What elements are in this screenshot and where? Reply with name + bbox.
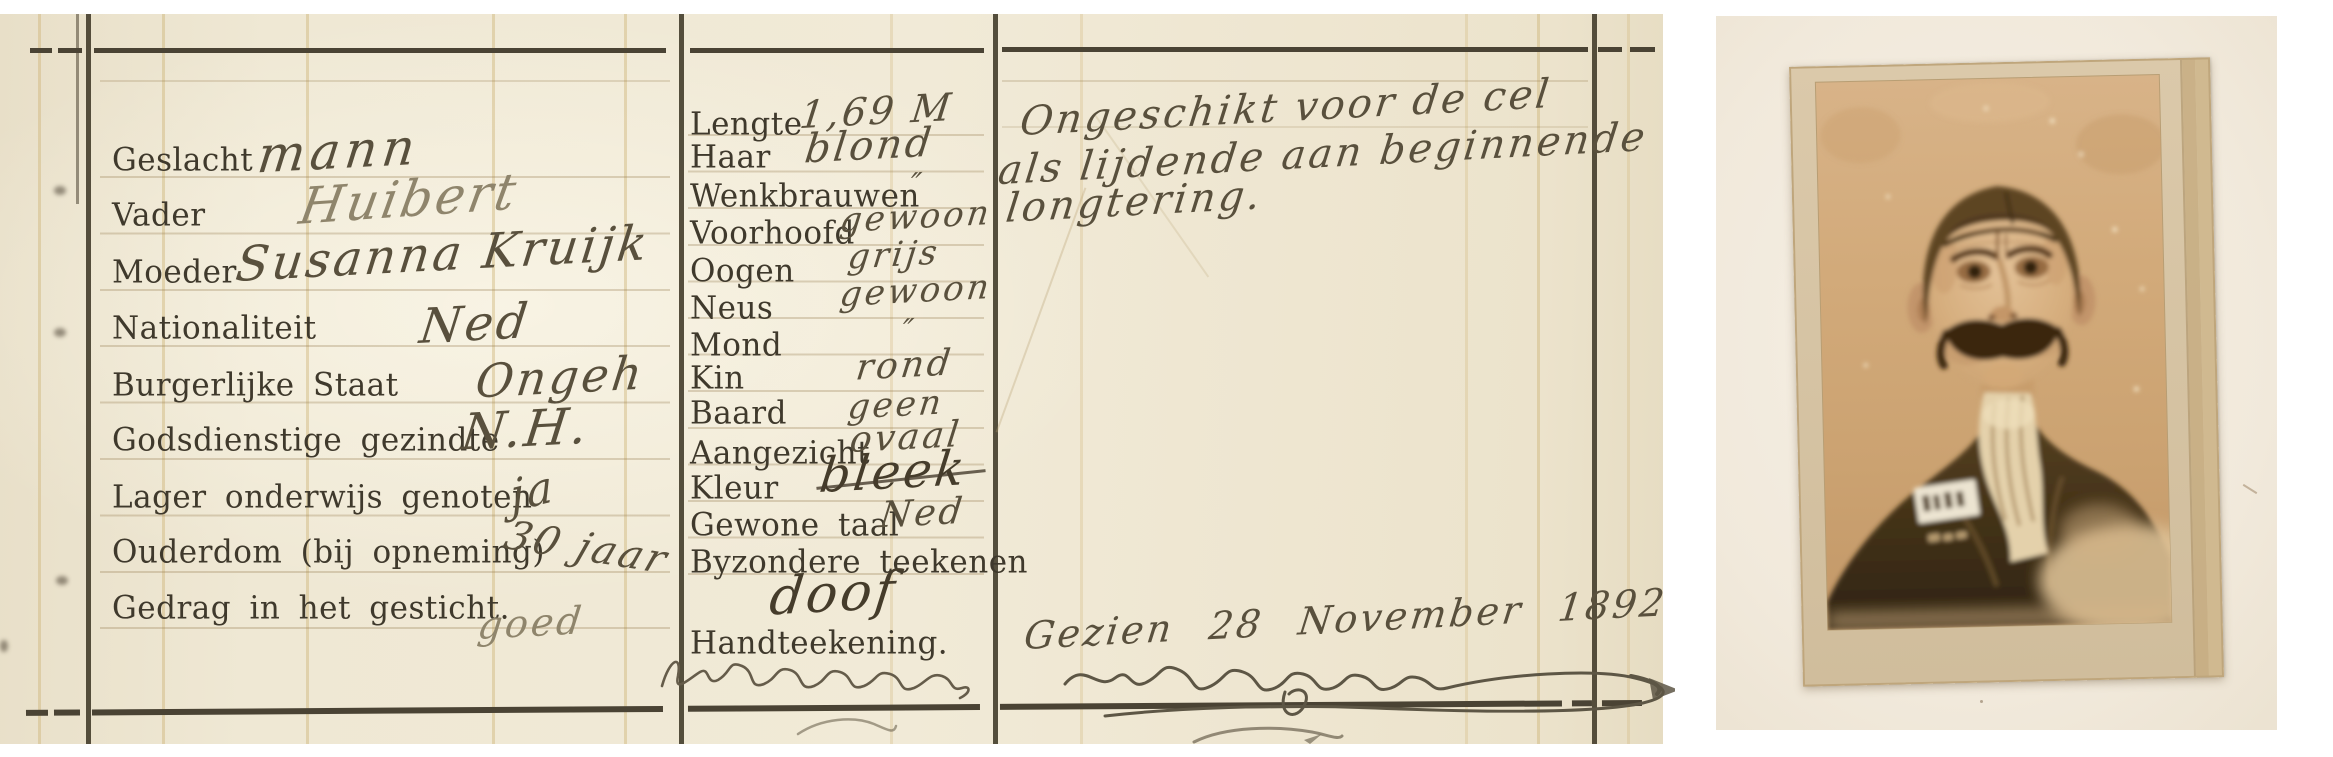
mugshot-portrait [1789, 57, 2224, 686]
ledger-rule [38, 14, 41, 744]
scanned-register-page: Geslacht Vader Moeder Nationaliteit Burg… [0, 0, 2333, 757]
table-border [1002, 47, 1588, 52]
scan-artifact [0, 640, 8, 652]
field-label-kin: Kin [690, 362, 745, 396]
field-value-neus: gewoon [838, 270, 994, 312]
table-border [993, 14, 998, 744]
field-value-nationaliteit: Ned [417, 297, 533, 351]
next-row-scrawl [792, 714, 902, 740]
field-label-nationaliteit: Nationaliteit [112, 312, 317, 346]
field-value-godsdienstige-gezindte: N.H. [459, 400, 593, 457]
field-value-burgerlijke-staat: Ongeh [473, 349, 647, 404]
table-border [30, 48, 52, 53]
field-label-vader: Vader [112, 199, 206, 233]
scan-artifact [1980, 700, 1983, 703]
table-border [1630, 47, 1655, 52]
field-label-voorhoofd: Voorhoofd [690, 217, 855, 251]
table-border [679, 14, 684, 744]
field-value-kin: rond [854, 345, 955, 386]
field-label-lager-onderwijs: Lager onderwijs genoten [112, 481, 532, 515]
field-label-gedrag: Gedrag in het gesticht. [112, 592, 510, 626]
official-signature-flourish [1035, 650, 1675, 735]
field-label-mond: Mond [690, 329, 782, 363]
field-label-geslacht: Geslacht [112, 144, 253, 178]
field-value-oogen: grijs [846, 235, 942, 274]
table-border [690, 48, 984, 53]
field-label-burgerlijke-staat: Burgerlijke Staat [112, 369, 399, 403]
table-border [94, 48, 666, 53]
field-value-vader: Huibert [296, 166, 523, 232]
field-label-godsdienstige-gezindte: Godsdienstige gezindte [112, 424, 500, 458]
table-border [86, 14, 91, 744]
table-border [58, 48, 82, 53]
field-label-moeder: Moeder [112, 256, 237, 290]
scan-artifact [2243, 484, 2258, 494]
photo-card-page [1716, 16, 2277, 730]
next-row-scrawl [1186, 724, 1346, 746]
field-value-byzondere-teekenen: doof [767, 564, 900, 623]
table-border [76, 14, 79, 204]
field-value-haar: blond [803, 122, 937, 169]
field-label-kleur: Kleur [690, 472, 779, 506]
field-label-baard: Baard [690, 397, 787, 431]
field-rule [100, 80, 670, 82]
field-value-gedrag: goed [476, 601, 587, 645]
table-border [1598, 47, 1622, 52]
inmate-signature-scrawl [656, 642, 976, 704]
mugshot-photo [1789, 57, 2224, 686]
field-label-ouderdom: Ouderdom (bij opneming) [112, 536, 545, 570]
field-value-gewone-taal: Ned [878, 494, 967, 535]
scan-artifact [54, 186, 66, 195]
field-label-neus: Neus [690, 292, 773, 326]
field-label-lengte: Lengte [690, 108, 803, 142]
scan-artifact [56, 576, 68, 585]
field-label-haar: Haar [690, 141, 771, 175]
field-value-voorhoofd: gewoon [838, 196, 994, 238]
field-label-oogen: Oogen [690, 255, 795, 289]
field-label-gewone-taal: Gewone taal [690, 509, 899, 543]
field-value-lager-onderwijs: ja [509, 464, 557, 520]
scan-artifact [54, 328, 66, 337]
